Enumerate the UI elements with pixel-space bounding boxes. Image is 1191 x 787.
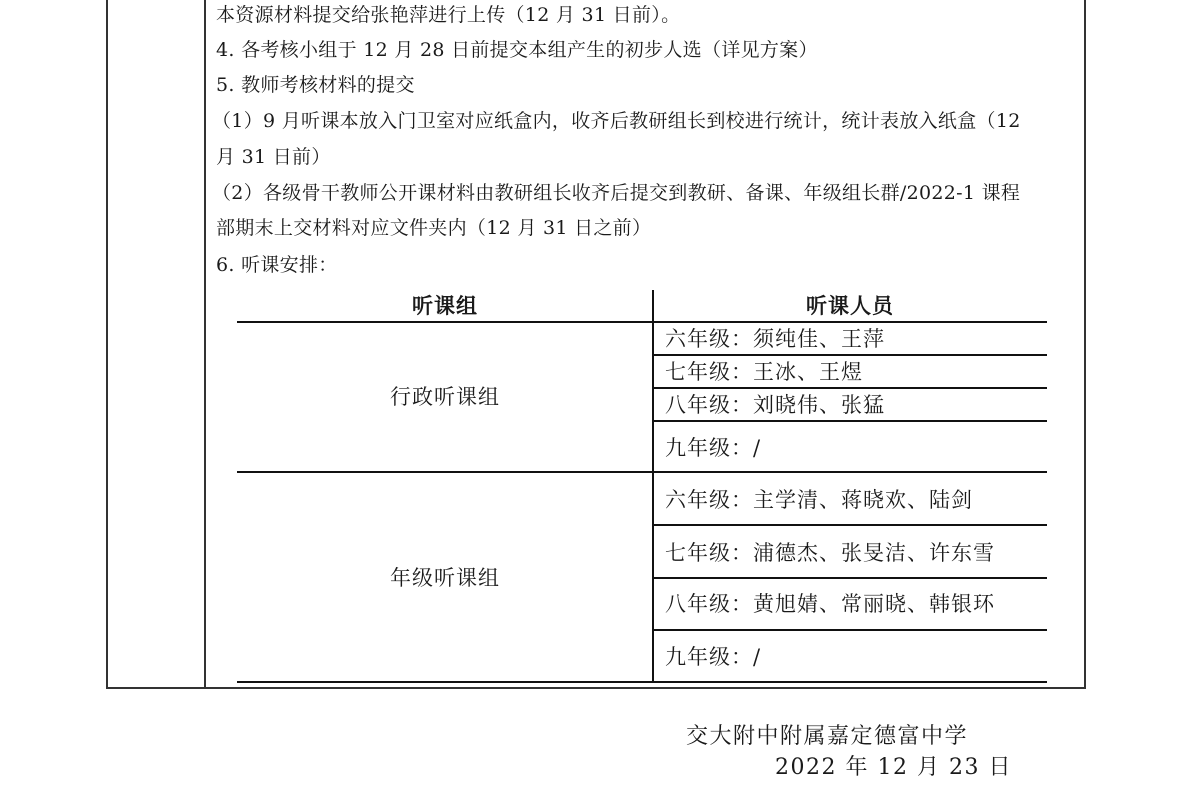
table-header-bottom-border	[237, 321, 1047, 323]
table-group-name: 行政听课组	[390, 384, 500, 410]
table-row-border	[653, 629, 1047, 631]
table-bottom-border	[237, 681, 1047, 683]
table-row-border	[653, 577, 1047, 579]
table-row: 九年级：/	[665, 644, 761, 670]
text-line: （2）各级骨干教师公开课材料由教研组长收齐后提交到教研、备课、年级组长群/202…	[212, 181, 1020, 205]
table-header-group: 听课组	[412, 293, 478, 319]
text-line: （1）9 月听课本放入门卫室对应纸盒内，收齐后教研组长到校进行统计，统计表放入纸…	[212, 109, 1021, 133]
table-row-border	[653, 387, 1047, 389]
signature-date: 2022 年 12 月 23 日	[775, 754, 1012, 782]
table-row: 九年级：/	[665, 435, 761, 461]
table-row-border	[653, 354, 1047, 356]
text-line: 本资源材料提交给张艳萍进行上传（12 月 31 日前）。	[216, 3, 680, 27]
table-group-border	[237, 471, 1047, 473]
table-row: 六年级：主学清、蒋晓欢、陆剑	[665, 487, 973, 513]
text-line: 4. 各考核小组于 12 月 28 日前提交本组产生的初步人选（详见方案）	[216, 38, 818, 62]
frame-bottom-border	[106, 687, 1086, 689]
table-row: 八年级：刘晓伟、张猛	[665, 392, 885, 418]
text-line: 月 31 日前）	[216, 145, 331, 169]
table-row-border	[653, 524, 1047, 526]
table-header-members: 听课人员	[806, 293, 894, 319]
frame-left-border	[106, 0, 108, 689]
text-line: 5. 教师考核材料的提交	[216, 73, 415, 97]
table-row: 七年级：浦德杰、张旻洁、许东雪	[665, 540, 995, 566]
frame-column-divider	[204, 0, 206, 689]
table-row: 七年级：王冰、王煜	[665, 359, 863, 385]
table-group-name: 年级听课组	[390, 565, 500, 591]
table-row: 八年级：黄旭婧、常丽晓、韩银环	[665, 591, 995, 617]
frame-right-border	[1084, 0, 1086, 689]
table-column-divider	[652, 290, 654, 682]
text-line: 6. 听课安排：	[216, 253, 338, 277]
table-row: 六年级：须纯佳、王萍	[665, 326, 885, 352]
table-row-border	[653, 420, 1047, 422]
text-line: 部期末上交材料对应文件夹内（12 月 31 日之前）	[216, 216, 651, 240]
signature-organization: 交大附中附属嘉定德富中学	[686, 723, 968, 751]
